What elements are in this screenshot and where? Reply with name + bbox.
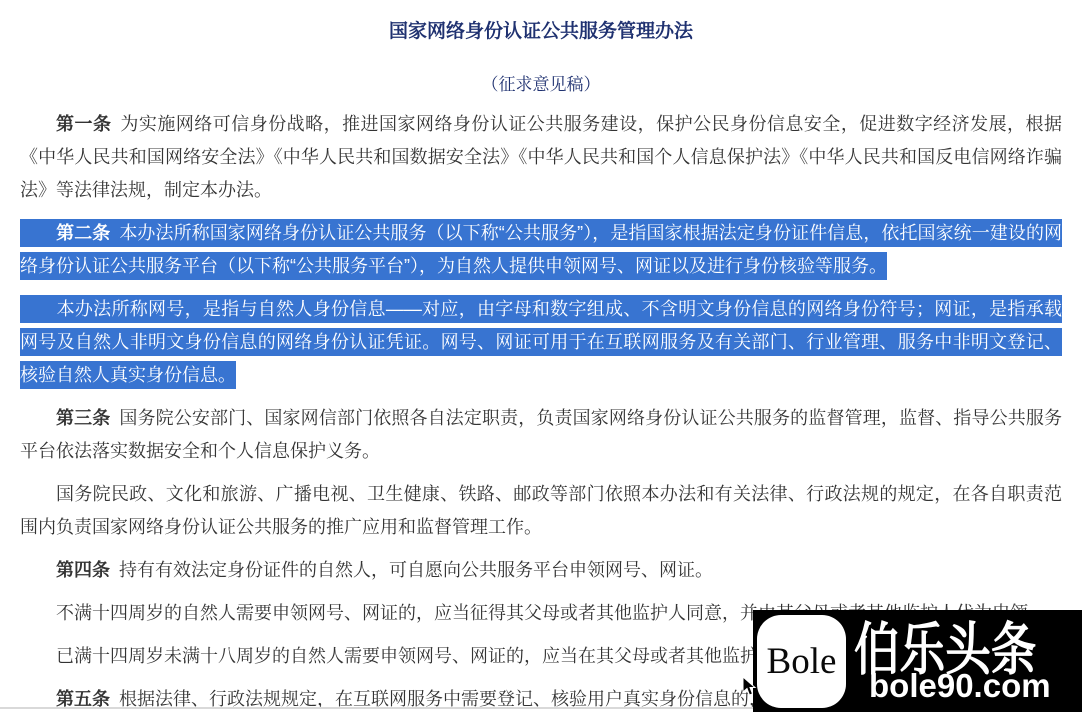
watermark-badge: Bole [757,615,846,708]
document-subtitle: （征求意见稿） [20,70,1062,95]
paragraph-text: 国务院民政、文化和旅游、广播电视、卫生健康、铁路、邮政等部门依照本办法和有关法律… [20,484,1062,537]
paragraph-text: 为实施网络可信身份战略，推进国家网络身份认证公共服务建设，保护公民身份信息安全，… [20,114,1062,200]
arrow-pointer-icon [742,676,758,696]
watermark-domain: bole90.com [869,667,1051,705]
paragraph-text: 本办法所称国家网络身份认证公共服务（以下称“公共服务”），是指国家根据法定身份证… [20,223,1062,276]
watermark-logo: Bole 伯乐头条 bole90.com [753,610,1082,712]
article-paragraph-selected: 第二条本办法所称国家网络身份认证公共服务（以下称“公共服务”），是指国家根据法定… [20,217,1062,283]
paragraph-text: 本办法所称网号，是指与自然人身份信息——对应，由字母和数字组成、不含明文身份信息… [20,299,1062,385]
article-paragraph: 第三条国务院公安部门、国家网信部门依照各自法定职责，负责国家网络身份认证公共服务… [20,402,1062,468]
clause-label: 第一条 [56,114,111,134]
paragraph-text: 国务院公安部门、国家网信部门依照各自法定职责，负责国家网络身份认证公共服务的监督… [20,408,1062,461]
article-paragraph: 国务院民政、文化和旅游、广播电视、卫生健康、铁路、邮政等部门依照本办法和有关法律… [20,478,1062,544]
paragraph-text: 持有有效法定身份证件的自然人，可自愿向公共服务平台申领网号、网证。 [119,560,713,580]
document-title: 国家网络身份认证公共服务管理办法 [20,16,1062,43]
clause-label: 第二条 [56,223,110,243]
clause-label: 第五条 [56,689,110,709]
article-paragraph: 第四条持有有效法定身份证件的自然人，可自愿向公共服务平台申领网号、网证。 [20,554,1062,587]
clause-label: 第三条 [56,408,110,428]
text-selection: 第二条本办法所称国家网络身份认证公共服务（以下称“公共服务”），是指国家根据法定… [20,219,1062,280]
article-paragraph: 第一条为实施网络可信身份战略，推进国家网络身份认证公共服务建设，保护公民身份信息… [20,108,1062,207]
document-page: 国家网络身份认证公共服务管理办法 （征求意见稿） 第一条为实施网络可信身份战略，… [0,16,1082,712]
paragraph-text: 根据法律、行政法规规定，在互联网服务中需要登记、核验用户真实身份信息的，可以使用 [119,689,839,709]
article-paragraph-selected: 本办法所称网号，是指与自然人身份信息——对应，由字母和数字组成、不含明文身份信息… [20,293,1062,392]
text-selection: 本办法所称网号，是指与自然人身份信息——对应，由字母和数字组成、不含明文身份信息… [20,295,1062,389]
clause-label: 第四条 [56,560,110,580]
paragraph-text: 已满十四周岁未满十八周岁的自然人需要申领网号、网证的，应当在其父母或者其他监护人… [56,646,848,666]
